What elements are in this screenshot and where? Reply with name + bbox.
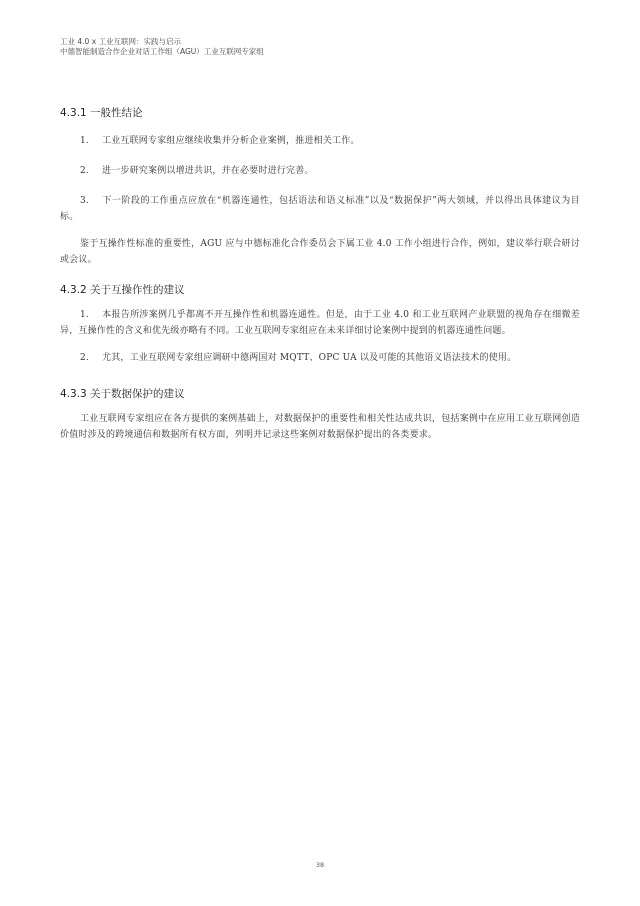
body-paragraph: 工业互联网专家组应在各方提供的案例基础上，对数据保护的重要性和相关性达成共识，包… <box>60 411 580 443</box>
item-text: 尤其，工业互联网专家组应调研中德两国对 MQTT、OPC UA 以及可能的其他语… <box>102 353 516 363</box>
item-number: 1. <box>80 133 102 149</box>
running-header: 工业 4.0 x 工业互联网：实践与启示 中德智能制造合作企业对话工作组（AGU… <box>60 37 264 57</box>
body-paragraph: 鉴于互操作性标准的重要性，AGU 应与中德标准化合作委员会下属工业 4.0 工作… <box>60 236 580 268</box>
item-number: 2. <box>80 350 102 366</box>
section-heading-4-3-2: 4.3.2 关于互操作性的建议 <box>60 283 185 297</box>
list-item: 1.本报告所涉案例几乎都离不开互操作性和机器连通性。但是，由于工业 4.0 和工… <box>60 307 580 339</box>
item-text: 进一步研究案例以增进共识，并在必要时进行完善。 <box>102 166 314 176</box>
section-heading-4-3-3: 4.3.3 关于数据保护的建议 <box>60 387 185 401</box>
header-subtitle: 中德智能制造合作企业对话工作组（AGU）工业互联网专家组 <box>60 47 264 57</box>
item-number: 3. <box>80 193 102 209</box>
list-item: 2.进一步研究案例以增进共识，并在必要时进行完善。 <box>60 163 580 179</box>
header-title: 工业 4.0 x 工业互联网：实践与启示 <box>60 37 264 47</box>
item-text: 工业互联网专家组应继续收集并分析企业案例，推进相关工作。 <box>102 136 360 146</box>
section-heading-4-3-1: 4.3.1 一般性结论 <box>60 106 143 120</box>
page-number: 38 <box>0 861 640 869</box>
item-text: 本报告所涉案例几乎都离不开互操作性和机器连通性。但是，由于工业 4.0 和工业互… <box>60 310 580 336</box>
item-text: 下一阶段的工作重点应放在“机器连通性，包括语法和语义标准”以及“数据保护”两大领… <box>60 196 580 222</box>
item-number: 2. <box>80 163 102 179</box>
list-item: 1.工业互联网专家组应继续收集并分析企业案例，推进相关工作。 <box>60 133 580 149</box>
list-item: 2.尤其，工业互联网专家组应调研中德两国对 MQTT、OPC UA 以及可能的其… <box>60 350 580 366</box>
list-item: 3.下一阶段的工作重点应放在“机器连通性，包括语法和语义标准”以及“数据保护”两… <box>60 193 580 225</box>
item-number: 1. <box>80 307 102 323</box>
